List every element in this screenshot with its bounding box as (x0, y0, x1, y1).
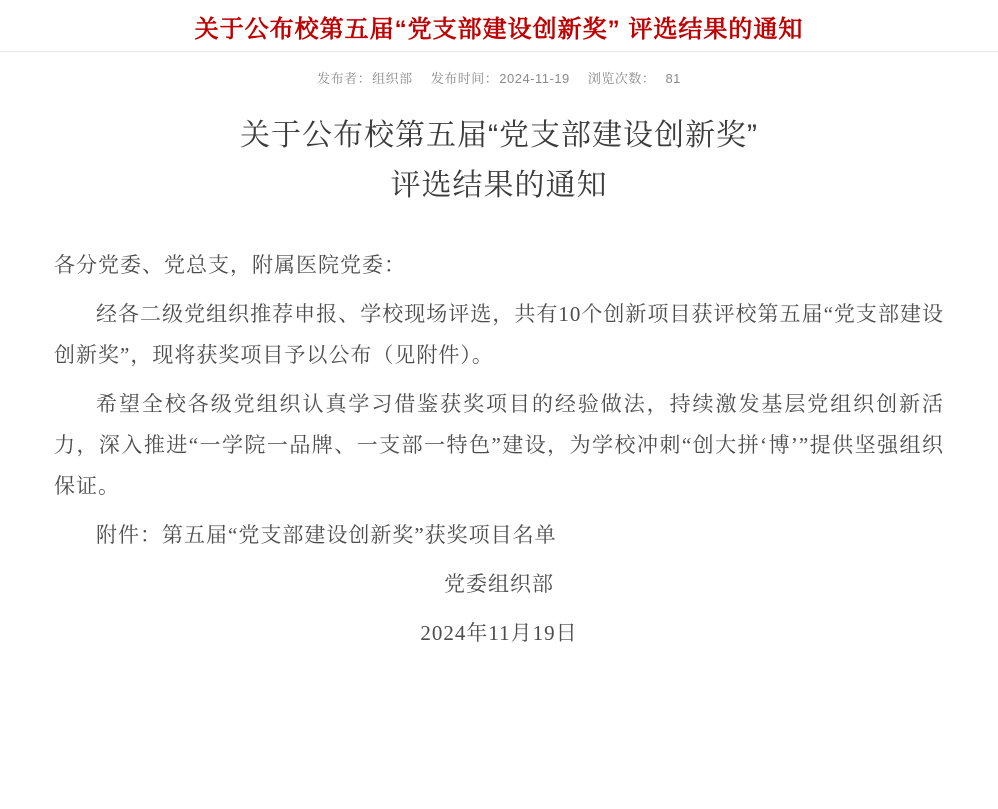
publish-time-label: 发布时间： (431, 71, 499, 86)
attachment-line: 附件：第五届“党支部建设创新奖”获奖项目名单 (54, 515, 944, 556)
page-header: 关于公布校第五届“党支部建设创新奖” 评选结果的通知 (0, 0, 998, 52)
meta-publish-time: 发布时间：2024-11-19 (431, 71, 570, 86)
document-heading-line2: 评选结果的通知 (0, 161, 998, 211)
paragraph-2: 希望全校各级党组织认真学习借鉴获奖项目的经验做法，持续激发基层党组织创新活力，深… (54, 384, 944, 507)
views-value: 81 (665, 71, 680, 86)
paragraph-1: 经各二级党组织推荐申报、学校现场评选，共有10个创新项目获评校第五届“党支部建设… (54, 294, 944, 376)
salutation: 各分党委、党总支，附属医院党委： (54, 245, 944, 286)
date: 2024年11月19日 (54, 613, 944, 654)
document-heading: 关于公布校第五届“党支部建设创新奖” 评选结果的通知 (0, 111, 998, 211)
publish-time-value: 2024-11-19 (499, 71, 570, 86)
views-label: 浏览次数： (588, 71, 656, 86)
document-heading-line1: 关于公布校第五届“党支部建设创新奖” (0, 111, 998, 161)
page-title: 关于公布校第五届“党支部建设创新奖” 评选结果的通知 (0, 0, 998, 44)
document-body: 各分党委、党总支，附属医院党委： 经各二级党组织推荐申报、学校现场评选，共有10… (0, 245, 998, 654)
publisher-label: 发布者： (317, 71, 371, 86)
signature: 党委组织部 (54, 564, 944, 605)
meta-bar: 发布者：组织部 发布时间：2024-11-19 浏览次数：81 (0, 68, 998, 87)
meta-publisher: 发布者：组织部 (317, 71, 413, 86)
meta-views: 浏览次数：81 (588, 71, 681, 86)
publisher-value: 组织部 (372, 71, 413, 86)
